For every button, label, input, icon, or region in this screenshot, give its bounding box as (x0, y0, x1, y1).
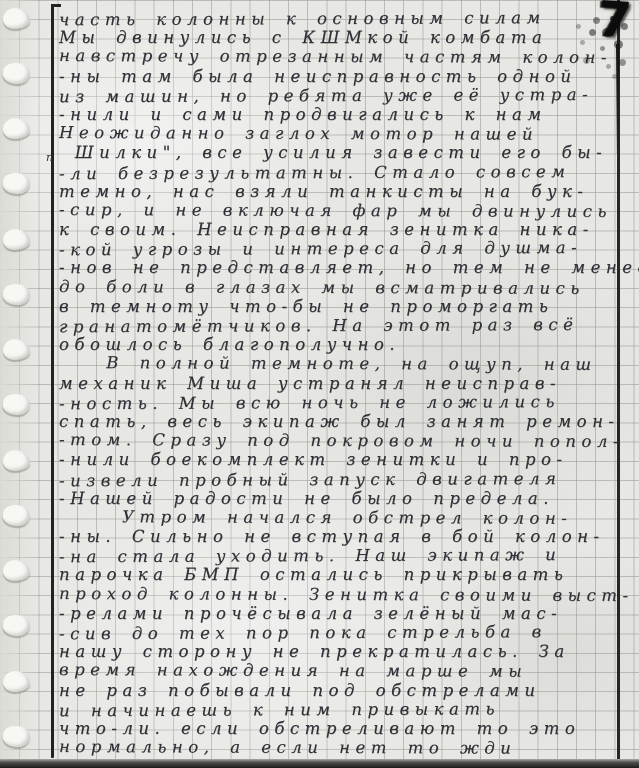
handwritten-line: гранатомётчиков. На этот раз всё (59, 315, 634, 337)
handwritten-line: не раз побывали под обстрелами (59, 681, 634, 700)
spiral-hole (3, 671, 30, 692)
handwritten-line: -сир, и не включая фар мы двинулись (59, 200, 634, 221)
spiral-hole (2, 503, 31, 527)
spiral-hole (3, 339, 30, 360)
handwritten-line: нормально, а если нет то жди (59, 737, 634, 758)
page-number: 7 (596, 0, 633, 49)
spiral-hole (3, 8, 30, 29)
handwritten-line: проход колонны. Зенитка своими выст- (59, 584, 634, 605)
handwritten-line: -нили боекомплект зенитки и про- (59, 450, 634, 469)
spiral-hole (3, 450, 30, 471)
handwritten-line: к своим. Неисправная зенитка ника- (59, 220, 634, 239)
handwritten-line: -кой угрозы и интереса для душма- (59, 238, 634, 260)
spiral-hole (2, 724, 31, 748)
ink-drip-icon (616, 44, 619, 154)
spiral-hole (3, 118, 30, 139)
handwriting-text: часть колонны к основным силам Мы двинул… (59, 9, 634, 757)
handwritten-line: что-ли. если обстреливают то это (59, 719, 634, 738)
handwritten-line: темно, нас взяли танкисты на бук- (59, 182, 634, 201)
notebook-page-scan: часть колонны к основным силам Мы двинул… (0, 0, 639, 768)
handwritten-line: -нов не представляет, но тем не менее (59, 258, 634, 277)
handwritten-line: время нахождения на марше мы (59, 660, 634, 681)
scan-bottom-shadow (0, 759, 639, 768)
handwritten-line: -на стала уходить. Наш экипаж и (59, 545, 634, 567)
handwritten-line: Утром начался обстрел колон- (59, 507, 634, 528)
handwritten-line: Неожиданно заглох мотор нашей (59, 123, 634, 144)
page-number-blob: 7 (586, 0, 639, 160)
handwritten-line: -ность. Мы всю ночь не ложились (59, 391, 634, 413)
torn-spiral-edge (0, 0, 38, 768)
handwritten-line: -релами прочёсывала зелёный мас- (59, 604, 634, 623)
handwritten-line: -том. Сразу под покровом ночи попол- (59, 430, 634, 451)
handwritten-line: -сив до тех пор пока стрельба в (59, 622, 634, 644)
handwritten-line: нашу сторону не прекратилась. За (59, 642, 634, 661)
handwritten-line: -ли безрезультатны. Стало совсем (59, 161, 634, 183)
handwritten-line: навстречу отрезанным частям колон- (59, 46, 634, 67)
handwritten-line: -ны. Сильно не вступая в бой колон- (59, 527, 634, 546)
handwritten-line: из машин, но ребята уже её устра- (59, 84, 634, 106)
handwritten-line: механик Миша устранял неисправ- (59, 374, 634, 393)
spiral-hole (2, 613, 31, 637)
handwritten-line: Шилки", все усилия завести его бы- (59, 143, 634, 162)
insertion-mark: п (46, 151, 53, 164)
handwritten-line: часть колонны к основным силам (59, 8, 634, 30)
handwritten-line: до боли в глазах мы всматривались (59, 277, 634, 298)
handwritten-line: -нили и сами продвигались к нам (59, 105, 634, 124)
handwritten-line: в темноту что-бы не проморгать (59, 297, 634, 316)
handwritten-line: обошлось благополучно. (59, 335, 634, 354)
handwritten-line: парочка БМП остались прикрывать (59, 565, 634, 584)
handwritten-line: -извели пробный запуск двигателя (59, 468, 634, 490)
spiral-hole (2, 61, 31, 85)
handwritten-line: Мы двинулись с КШМкой комбата (59, 28, 634, 47)
margin-line (51, 4, 54, 758)
spiral-hole (2, 282, 31, 306)
handwritten-line: -Нашей радости не было предела. (59, 489, 634, 508)
handwritten-line: В полной темноте, на ощуп, наш (59, 353, 634, 374)
handwritten-line: и начинаешь к ним привыкать (59, 698, 634, 720)
handwritten-line: -ны там была неисправность одной (59, 67, 634, 86)
handwritten-line: спать, весь экипаж был занят ремон- (59, 412, 634, 431)
spiral-hole (2, 392, 31, 416)
spiral-hole (3, 229, 30, 250)
spiral-hole (2, 171, 31, 195)
spiral-hole (3, 560, 30, 581)
